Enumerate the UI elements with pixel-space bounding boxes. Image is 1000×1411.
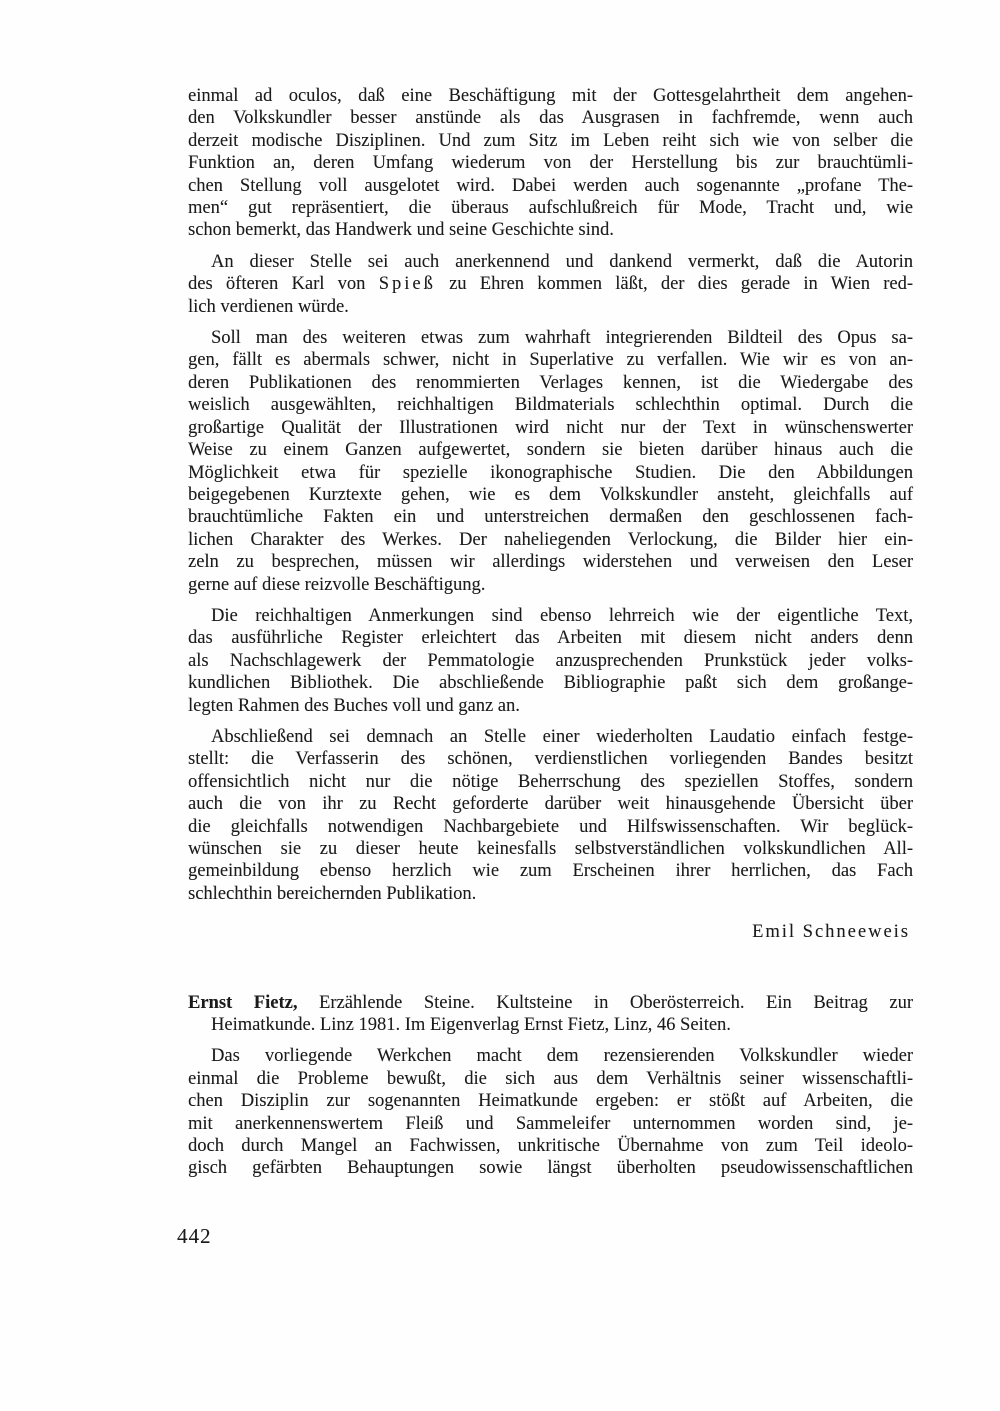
text-line: des öfteren Karl von Spieß zu Ehren komm… [188,273,913,295]
page-number: 442 [177,1224,212,1249]
text-line: beigegebenen Kurztexte gehen, wie es dem… [188,484,913,506]
text-line: den Volkskundler besser anstünde als das… [188,107,913,129]
text-line: weislich ausgewählten, reichhaltigen Bil… [188,394,913,416]
text-line: doch durch Mangel an Fachwissen, unkriti… [188,1135,913,1157]
text-line: einmal ad oculos, daß eine Beschäftigung… [188,85,913,107]
next-review-heading: Ernst Fietz, Erzählende Steine. Kultstei… [188,992,913,1037]
text-line: auch die von ihr zu Recht geforderte dar… [188,793,913,815]
text-line: offensichtlich nicht nur die nötige Behe… [188,771,913,793]
text-line: chen Disziplin zur sogenannten Heimatkun… [188,1090,913,1112]
text-line: gisch gefärbten Behauptungen sowie längs… [188,1157,913,1179]
text-line: kundlichen Bibliothek. Die abschließende… [188,672,913,694]
text-line: brauchtümliche Fakten ein und unterstrei… [188,506,913,528]
text-line: zeln zu besprechen, müssen wir allerding… [188,551,913,573]
text-line: schon bemerkt, das Handwerk und seine Ge… [188,219,913,241]
text-line: mit anerkennenswertem Fleiß und Sammelei… [188,1113,913,1135]
paragraph-annotations-register: Die reichhaltigen Anmerkungen sind ebens… [188,605,913,717]
text-line: Soll man des weiteren etwas zum wahrhaft… [188,327,913,349]
text-line: derzeit modische Disziplinen. Und zum Si… [188,130,913,152]
text-line: Weise zu einem Ganzen aufgewertet, sonde… [188,439,913,461]
paragraph-illustrations: Soll man des weiteren etwas zum wahrhaft… [188,327,913,596]
text-line: men“ gut repräsentiert, die überaus aufs… [188,197,913,219]
text-column: einmal ad oculos, daß eine Beschäftigung… [188,85,913,1180]
text-line: das ausführliche Register erleichtert da… [188,627,913,649]
text-line: gemeinbildung ebenso herzlich wie zum Er… [188,860,913,882]
scanned-book-page: einmal ad oculos, daß eine Beschäftigung… [0,0,1000,1411]
paragraph-review-continuation: einmal ad oculos, daß eine Beschäftigung… [188,85,913,242]
text-line: lichen Charakter des Werkes. Der nahelie… [188,529,913,551]
text-line: als Nachschlagewerk der Pemmatologie anz… [188,650,913,672]
text-line: Das vorliegende Werkchen macht dem rezen… [188,1045,913,1067]
text-line: gen, fällt es abermals schwer, nicht in … [188,349,913,371]
text-line: Möglichkeit etwa für spezielle ikonograp… [188,462,913,484]
text-line: Die reichhaltigen Anmerkungen sind ebens… [188,605,913,627]
text-line: schlechthin bereichernden Publikation. [188,883,913,905]
paragraph-acknowledgement: An dieser Stelle sei auch anerkennend un… [188,251,913,318]
text-line: chen Stellung voll ausgelotet wird. Dabe… [188,175,913,197]
text-line: großartige Qualität der Illustrationen w… [188,417,913,439]
paragraph-next-review-intro: Das vorliegende Werkchen macht dem rezen… [188,1045,913,1179]
text-line: legten Rahmen des Buches voll und ganz a… [188,695,913,717]
text-line: An dieser Stelle sei auch anerkennend un… [188,251,913,273]
text-line: Abschließend sei demnach an Stelle einer… [188,726,913,748]
text-line: Heimatkunde. Linz 1981. Im Eigenverlag E… [188,1014,913,1036]
text-line: wünschen sie zu dieser heute keinesfalls… [188,838,913,860]
text-line: deren Publikationen des renommierten Ver… [188,372,913,394]
text-line: stellt: die Verfasserin des schönen, ver… [188,748,913,770]
text-line: lich verdienen würde. [188,296,913,318]
text-line: die gleichfalls notwendigen Nachbargebie… [188,816,913,838]
text-line: Funktion an, deren Umfang wiederum von d… [188,152,913,174]
text-line: gerne auf diese reizvolle Beschäftigung. [188,574,913,596]
reviewer-signature: Emil Schneeweis [188,921,913,943]
text-line: einmal die Probleme bewußt, die sich aus… [188,1068,913,1090]
paragraph-final-laudatio: Abschließend sei demnach an Stelle einer… [188,726,913,905]
text-line: Ernst Fietz, Erzählende Steine. Kultstei… [188,992,913,1014]
